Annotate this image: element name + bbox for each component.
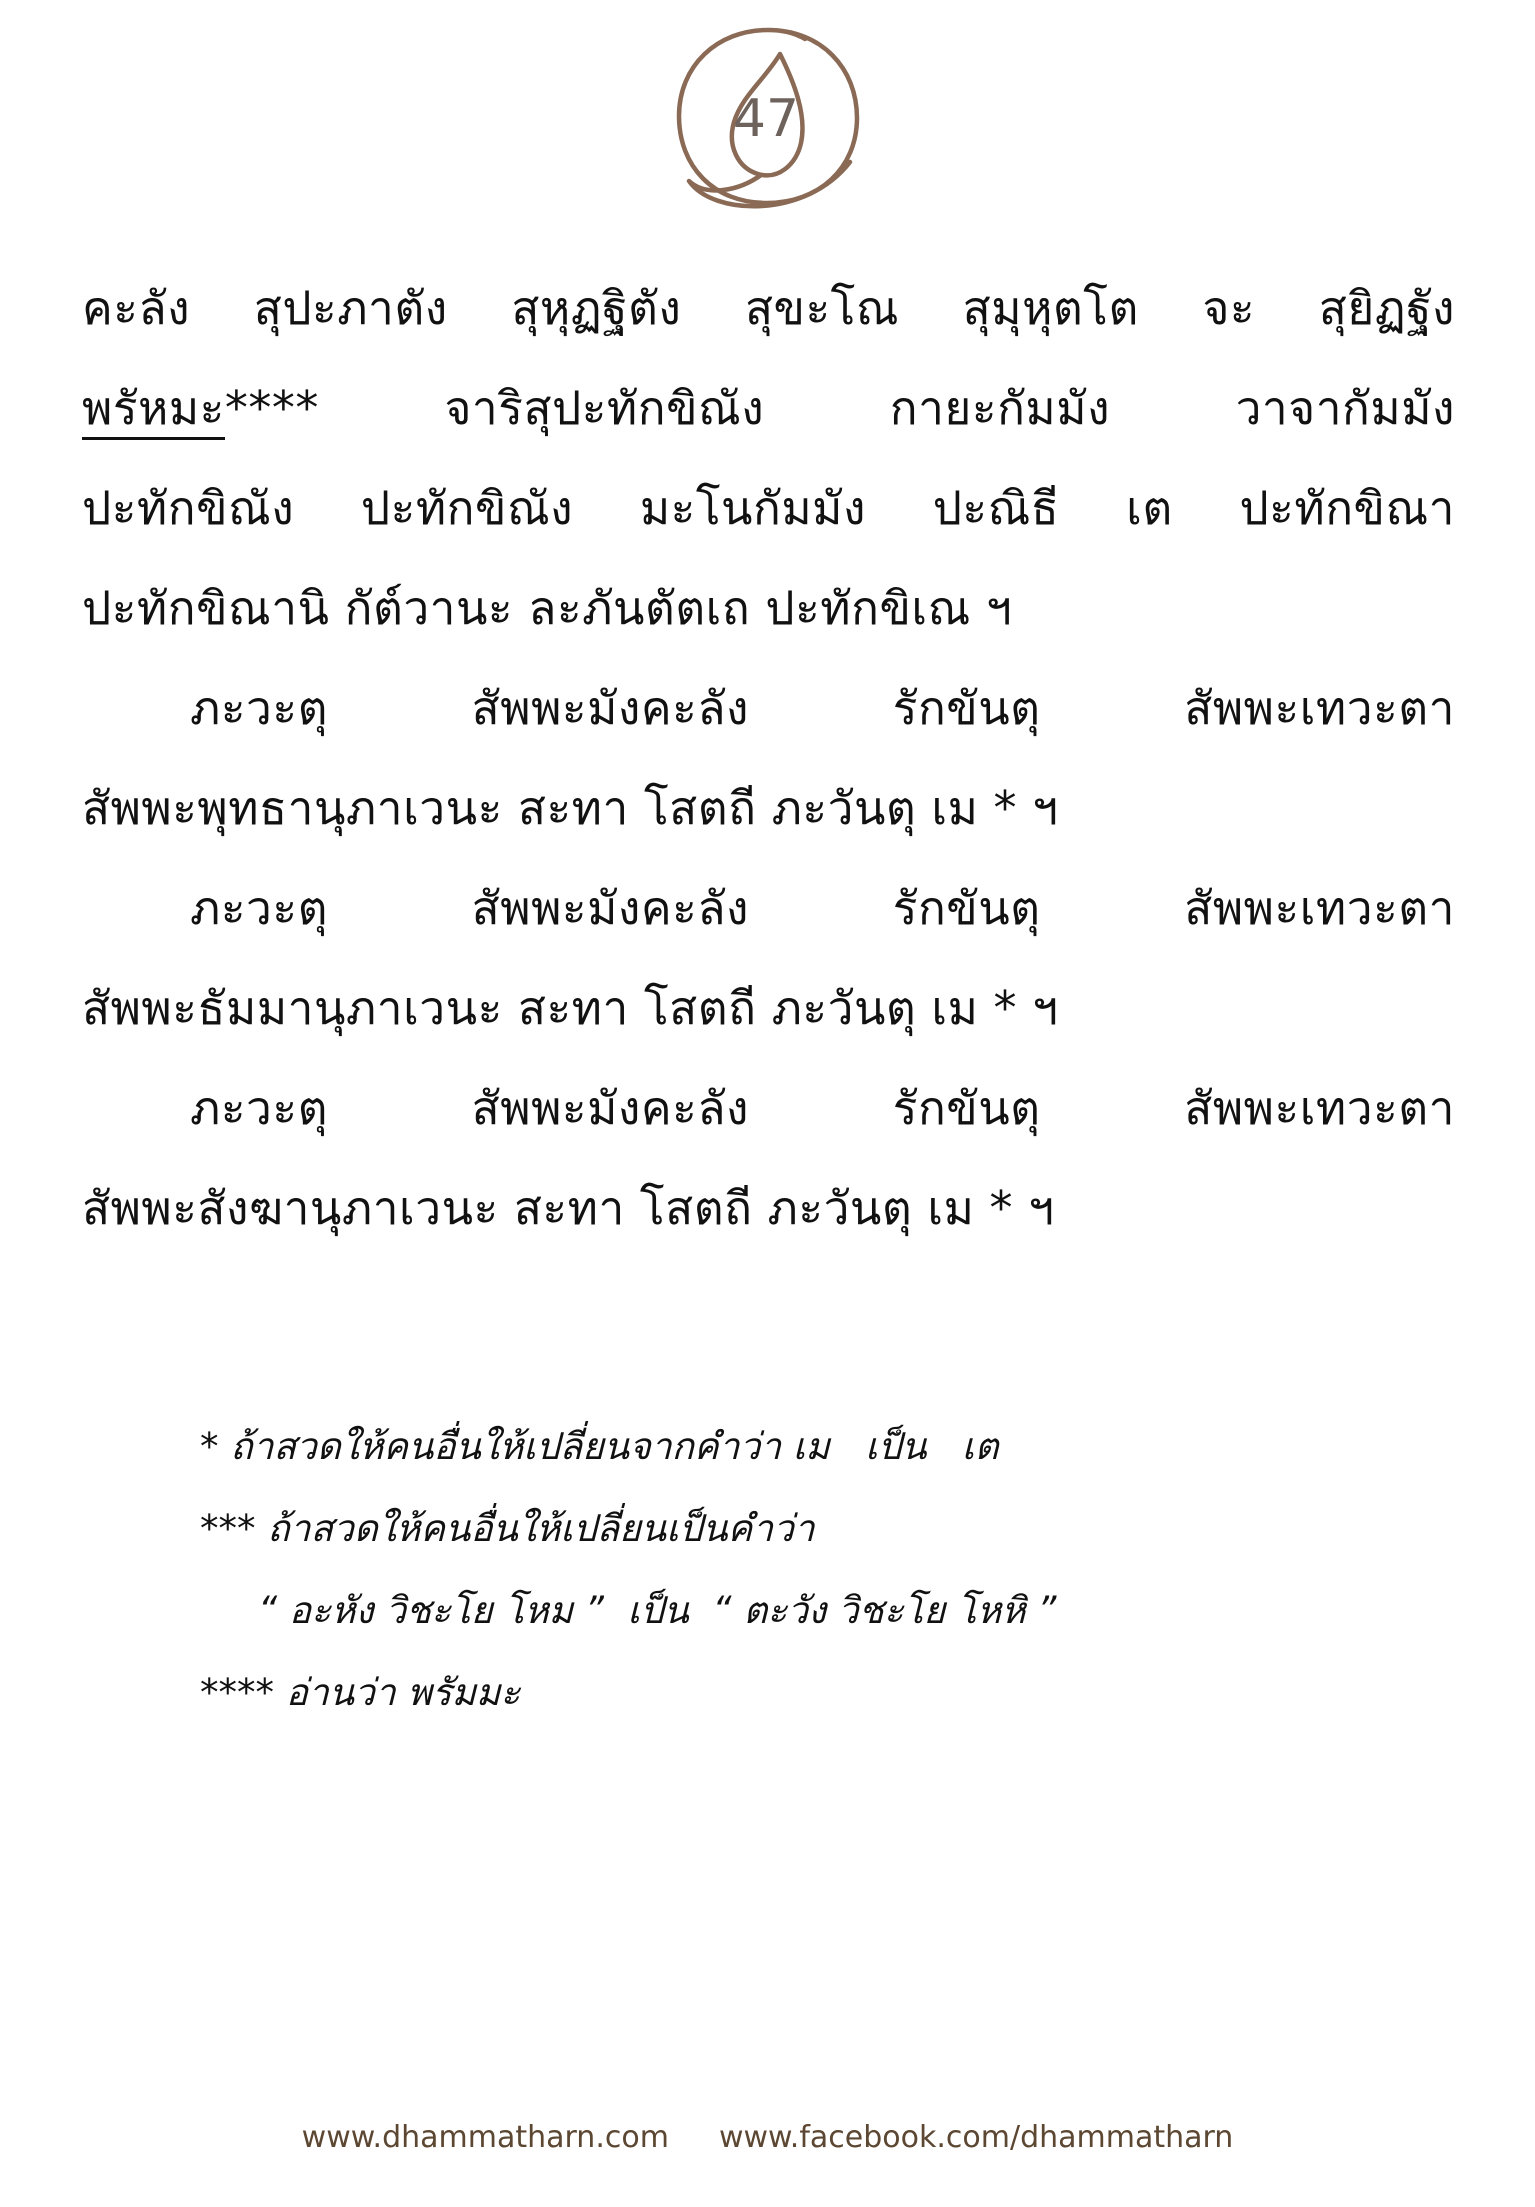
chant-asterisk-marker: ****: [225, 381, 319, 435]
facebook-link[interactable]: www.facebook.com/dhammatharn: [719, 2120, 1233, 2155]
blessing-buddha: สัพพะพุทธานุภาเวนะ สะทา โสตถี ภะวันตุ เม…: [82, 758, 1455, 858]
page-footer: www.dhammatharn.com www.facebook.com/dha…: [0, 2120, 1535, 2155]
book-page: { "page": { "number": "47", "logo_stroke…: [0, 22, 1535, 2207]
blessing-dhamma: สัพพะธัมมานุภาเวนะ สะทา โสตถี ภะวันตุ เม…: [82, 958, 1455, 1058]
chant-line-3: ปะทักขิณัง ปะทักขิณัง มะโนกัมมัง ปะณิธี …: [82, 458, 1455, 558]
footnote-triple-star-detail: “ อะหัง วิชะโย โหม ” เป็น “ ตะวัง วิชะโย…: [200, 1570, 1455, 1652]
blessing-opening-1: ภะวะตุ สัพพะมังคะลัง รักขันตุ สัพพะเทวะต…: [82, 658, 1455, 758]
chant-underlined-word: พรัหมะ: [82, 381, 225, 440]
blessing-opening-3: ภะวะตุ สัพพะมังคะลัง รักขันตุ สัพพะเทวะต…: [82, 1058, 1455, 1158]
chant-line-2-rest: จาริสุปะทักขิณัง กายะกัมมัง วาจากัมมัง: [444, 381, 1455, 435]
bodhi-leaf-circle-icon: 47: [643, 22, 893, 210]
chant-text-block: คะลัง สุปะภาตัง สุหุฏฐิตัง สุขะโณ สุมุหุ…: [0, 258, 1535, 1258]
chant-line-2: พรัหมะ**** จาริสุปะทักขิณัง กายะกัมมัง ว…: [82, 358, 1455, 458]
chant-line-4: ปะทักขิณานิ กัต์วานะ ละภันตัตเถ ปะทักขิเ…: [82, 558, 1455, 658]
chant-line-1: คะลัง สุปะภาตัง สุหุฏฐิตัง สุขะโณ สุมุหุ…: [82, 258, 1455, 358]
footnote-triple-star: *** ถ้าสวดให้คนอื่นให้เปลี่ยนเป็นคำว่า: [200, 1488, 1455, 1570]
footnotes-block: * ถ้าสวดให้คนอื่นให้เปลี่ยนจากคำว่า เม เ…: [0, 1406, 1535, 1734]
page-number: 47: [732, 89, 798, 149]
blessing-opening-2: ภะวะตุ สัพพะมังคะลัง รักขันตุ สัพพะเทวะต…: [82, 858, 1455, 958]
footnote-quad-star: **** อ่านว่า พรัมมะ: [200, 1652, 1455, 1734]
blessing-sangha: สัพพะสังฆานุภาเวนะ สะทา โสตถี ภะวันตุ เม…: [82, 1158, 1455, 1258]
footnote-single-star: * ถ้าสวดให้คนอื่นให้เปลี่ยนจากคำว่า เม เ…: [200, 1406, 1455, 1488]
website-link[interactable]: www.dhammatharn.com: [302, 2120, 669, 2155]
page-number-badge: 47: [643, 22, 893, 210]
